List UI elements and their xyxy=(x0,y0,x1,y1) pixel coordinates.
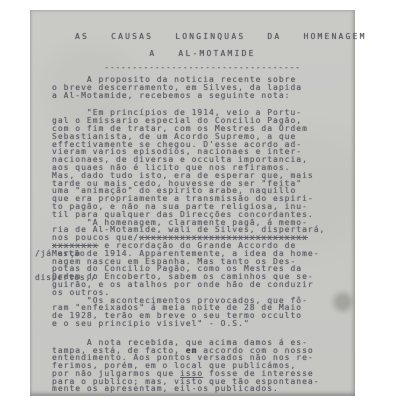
text-line: mente os apresentam, eil-os publicados. xyxy=(52,385,325,393)
document-title-line2: A AL-MOTAMIDE xyxy=(75,49,330,58)
text-line: e o seu principio visivel" - O.S." xyxy=(52,320,325,328)
scan-smudge-artifact xyxy=(330,290,356,314)
document-title-line1: AS CAUSAS LONGINQUAS DA HOMENAGEM xyxy=(75,32,330,41)
paragraph: "Os acontecimentos provocados, que fô-ra… xyxy=(52,297,325,328)
paragraph: A proposito da noticia recente sobreo br… xyxy=(52,76,325,99)
document-body: A proposito da noticia recente sobreo br… xyxy=(52,76,325,393)
paragraph: A nota recebida, que acima damos á es-ta… xyxy=(52,339,325,394)
scanned-page: AS CAUSAS LONGINQUAS DA HOMENAGEM A AL-M… xyxy=(30,10,355,396)
paragraph: "A homenagem, claramente pagã, á memo-ri… xyxy=(52,219,325,297)
separator-dashes: ----------------------------------- xyxy=(75,63,330,72)
text-line: a Al-Motamide, recebemos a seguinte nota… xyxy=(52,92,325,100)
paragraph: "Em princípios de 1914, veio a Portu-gal… xyxy=(52,109,325,218)
